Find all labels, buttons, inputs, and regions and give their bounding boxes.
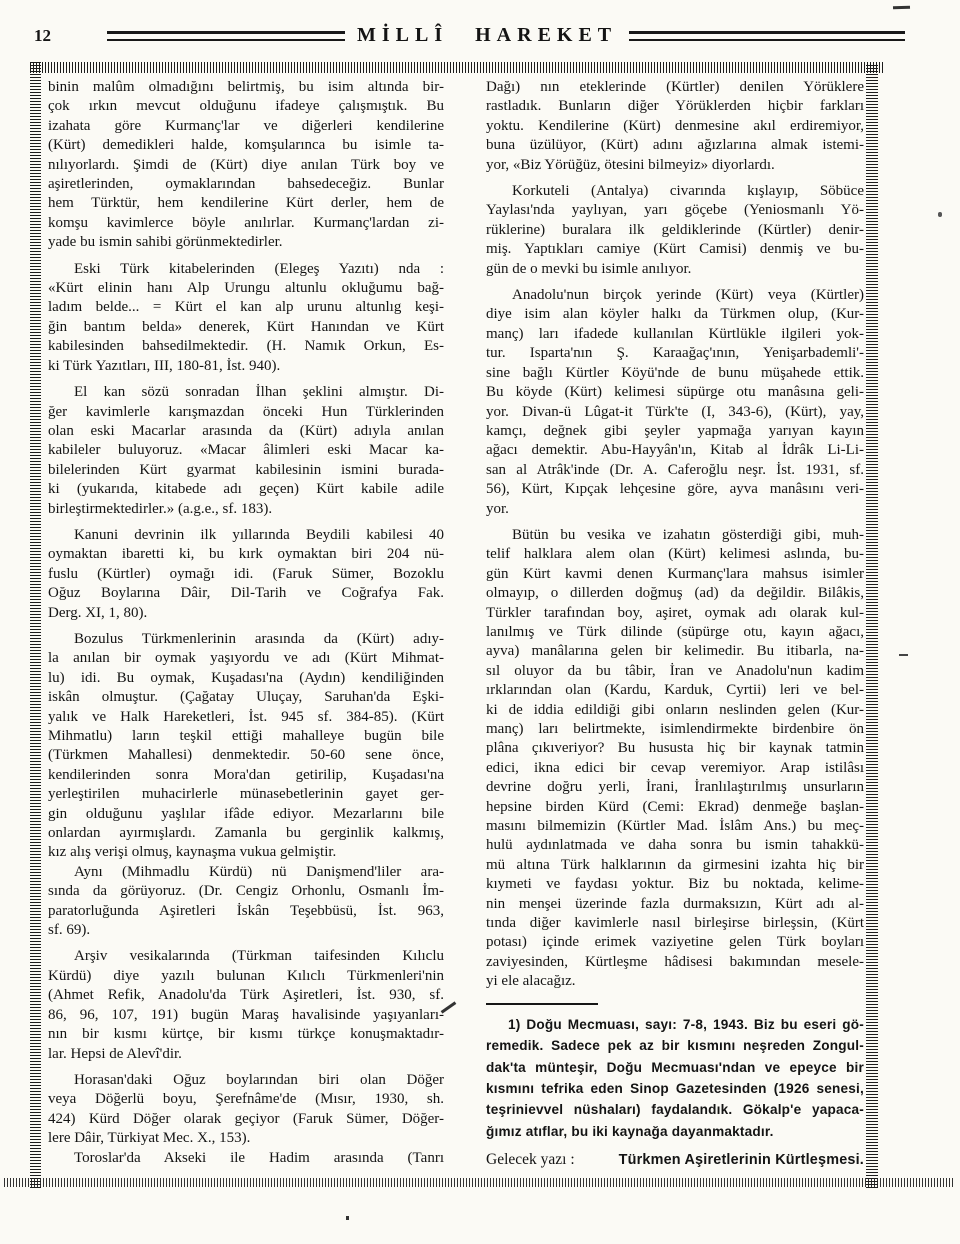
text-line: mü altına Türk halklarının da girmesini … [486, 856, 864, 875]
text-line: gün de o mevki bu isimle anılıyor. [486, 260, 864, 279]
text-line: Derg. XI, 1, 80). [48, 604, 444, 623]
text-line: miş. Yaptıkları camiye (Kürt Camisi) den… [486, 240, 864, 259]
paragraph: Kanuni devrinin ilk yıllarında Beydili k… [48, 526, 444, 623]
text-line: kıymeti ve faydası yoktur. Biz bu noktad… [486, 875, 864, 894]
text-line: kabilesinden bahsedilmektedir. (H. Namık… [48, 337, 444, 356]
paragraph: Aynı (Mihmadlu Kürdü) nü Danişmend'liler… [48, 863, 444, 941]
text-line: buna üzülüyor, (Kürt) adını ağızlarına a… [486, 136, 864, 155]
text-line: yor, «Biz Yörüğüz, ötesini bilmeyiz» diy… [486, 156, 864, 175]
text-line: olmayıp, o dillerden doğmuş (ad) da deği… [486, 584, 864, 603]
text-line: Türkler tarafından boy, aşiret, oymak ad… [486, 604, 864, 623]
text-line: san al Atrâk'inde (Dr. A. Caferoğlu neşr… [486, 461, 864, 480]
paragraph: Eski Türk kitabelerinden (Elegeş Yazıtı)… [48, 260, 444, 376]
page-header: 12 MİLLÎ HAREKET [34, 24, 905, 47]
text-line: telif halklara alem olan (Kürt) kelimesi… [486, 545, 864, 564]
left-column: binin malûm olmadığını belirtmiş, bu isi… [48, 78, 444, 1168]
paragraph: El kan sözü sonradan İlhan şeklini almış… [48, 383, 444, 519]
text-line: masını bilmemizin (Kürtler Mad. İslâm An… [486, 817, 864, 836]
text-line: ğımız atıflar, bu iki kaynağa dayanmakta… [486, 1121, 864, 1142]
text-line: sine bağlı Kürtler Köyü'nde de bunu müşa… [486, 364, 864, 383]
text-line: sf. 69). [48, 921, 444, 940]
page-number: 12 [34, 26, 51, 46]
text-line: manç) ları belirtmekte, isimlendirmekte … [486, 720, 864, 739]
paragraph: binin malûm olmadığını belirtmiş, bu isi… [48, 78, 444, 253]
masthead-title: MİLLÎ HAREKET [357, 24, 617, 47]
paragraph: Korkuteli (Antalya) civarında kışlayıp, … [486, 182, 864, 279]
text-line: plâna çıkıveriyor? Bu hususta hiç bir ka… [486, 739, 864, 758]
text-line: «Kürt elinin hanı Alp Urungu altunlu okl… [48, 279, 444, 298]
text-line: (Kürt) demedikleri halde, komşularınca b… [48, 136, 444, 155]
text-line: komşu kavimlerce böyle anılırlar. Kurman… [48, 214, 444, 233]
text-line: Kürdü) diye yazılı bulunan Kılıclı Türkm… [48, 967, 444, 986]
paragraph: Arşiv vesikalarında (Türkman taifesinden… [48, 947, 444, 1063]
footnote: 1) Doğu Mecmuası, sayı: 7-8, 1943. Biz b… [486, 1014, 864, 1142]
text-line: Kanuni devrinin ilk yıllarında Beydili k… [48, 526, 444, 545]
text-line: ğin bantım belda» denerek, Kürt Hanından… [48, 318, 444, 337]
text-line: lu) idi. Bu oymak, Kuşadası'na (Aydın) k… [48, 669, 444, 688]
text-line: sında da görüyoruz. (Dr. Cengiz Orhonlu,… [48, 882, 444, 901]
text-line: El kan sözü sonradan İlhan şeklini almış… [48, 383, 444, 402]
text-line: potası) içinde erimek vaziyetine gelen T… [486, 933, 864, 952]
text-line: oymaktan ibaretti ki, bu kırk oymaktan b… [48, 545, 444, 564]
text-line: yoktu. Kendilerine (Kürt) denmesine akıl… [486, 117, 864, 136]
text-line: tında diğer kavimlerle nasıl birleşirse … [486, 914, 864, 933]
text-line: yi ele alacağız. [486, 972, 864, 991]
text-line: ladım belde... = Kürt el kan alp urunu a… [48, 298, 444, 317]
text-line: gin olduğunu yaşlılar ifâde ediyor. Meza… [48, 805, 444, 824]
text-line: kamçı, değnek gibi şeyler yapmağa yarıya… [486, 422, 864, 441]
text-line: Horasan'daki Oğuz boylarından biri olan … [48, 1071, 444, 1090]
text-line: Bütün bu vesika ve izahatın gösterdiği g… [486, 526, 864, 545]
text-line: remedik. Sadece pek az bir kısmını neşre… [486, 1035, 864, 1056]
text-line: la anılan bir oymak yaşıyordu ve adı (Kü… [48, 649, 444, 668]
text-line: kısmını tefrika eden Sinop Gazetesinden … [486, 1078, 864, 1099]
text-line: rastladık. Bunların diğer Yörüklerden hi… [486, 97, 864, 116]
right-column-text: Dağı) nın eteklerinde (Kürtler) denilen … [486, 78, 864, 992]
paragraph: Dağı) nın eteklerinde (Kürtler) denilen … [486, 78, 864, 175]
text-line: olan eski Macarlar arasında da (Kürt) ad… [48, 422, 444, 441]
scan-mark [346, 1216, 349, 1220]
header-rule-right [629, 31, 905, 41]
text-line: veya Döğerlü boyu, Şerefnâme'de (Mısır, … [48, 1090, 444, 1109]
text-line: lere Dâir, Türkiyat Mec. X., 153). [48, 1129, 444, 1148]
text-line: onlardan ayırmışlardı. Zamanla bu gergin… [48, 824, 444, 843]
text-line: birleştirmektedirler.» (a.g.e., sf. 183)… [48, 500, 444, 519]
text-line: kız alış verişi olmuş, kaynaşma vukua ge… [48, 843, 444, 862]
text-line: izahata göre Kurmanç'lar ve diğerleri ke… [48, 117, 444, 136]
text-line: diye isim alan köyler halkı da Türkmen o… [486, 305, 864, 324]
text-line: 56), Kürt, Kıpçak lehçesine göre, ayva m… [486, 480, 864, 499]
text-line: ki (yukarıda, kitabede adı geçen) Kürt k… [48, 480, 444, 499]
text-line: ırklarından olan (Kardu, Karduk, Cyrtii)… [486, 681, 864, 700]
text-line: (Ahmet Refik, Anadolu'da Türk Aşiretleri… [48, 986, 444, 1005]
frame-border-left [30, 62, 41, 1188]
text-line: yor. [486, 500, 864, 519]
text-line: hepsine birden Kürd (Cemi: Ekrad) denmeğ… [486, 798, 864, 817]
text-line: manç) ları ifadede kullanılan Kürtlükle … [486, 325, 864, 344]
text-line: Korkuteli (Antalya) civarında kışlayıp, … [486, 182, 864, 201]
text-line: lar. Hepsi de Alevî'dir. [48, 1045, 444, 1064]
frame-border-top [30, 62, 884, 73]
text-line: Toroslar'da Akseki ile Hadim arasında (T… [48, 1149, 444, 1168]
text-line: ki Türk Yazıtları, III, 180-81, İst. 940… [48, 357, 444, 376]
text-line: devrine doğru yerli, İrani, İranlılaştır… [486, 778, 864, 797]
paragraph: Bozulus Türkmenlerinin arasında da (Kürt… [48, 630, 444, 863]
text-line: 86, 96, 107, 191) bugün Maraş havalisind… [48, 1006, 444, 1025]
text-line: Anadolu'nun birçok yerinde (Kürt) veya (… [486, 286, 864, 305]
text-line: teşrinievvel nüshaları) faydalandık. Gök… [486, 1099, 864, 1120]
text-line: ğer kavimlerle karışmazdan önceki Hun Tü… [48, 403, 444, 422]
right-column: Dağı) nın eteklerinde (Kürtler) denilen … [486, 78, 864, 1169]
text-line: zaviyesinden, Kürtleşme hâdisesi bakımın… [486, 953, 864, 972]
frame-border-bottom [4, 1178, 954, 1187]
text-line: yerleştirilen muhacirlerle münasebetleri… [48, 785, 444, 804]
next-article-line: Gelecek yazı : Türkmen Aşiretlerinin Kür… [486, 1151, 864, 1169]
text-line: hem Türktür, hem kendilerine Kürt derler… [48, 194, 444, 213]
text-line: aşiretlerinden, oymaklarından bahsedeceğ… [48, 175, 444, 194]
text-line: Bozulus Türkmenlerinin arasında da (Kürt… [48, 630, 444, 649]
text-line: sıl oluyor da bu tâbir, İran ve Anadolu'… [486, 662, 864, 681]
next-article-label: Gelecek yazı : [486, 1151, 575, 1169]
text-line: binin malûm olmadığını belirtmiş, bu isi… [48, 78, 444, 97]
next-article-title: Türkmen Aşiretlerinin Kürtleşmesi. [619, 1152, 864, 1168]
text-line: rüklerine) buralara ilk geldiklerinde (K… [486, 221, 864, 240]
scan-mark [938, 212, 942, 217]
text-line: Dağı) nın eteklerinde (Kürtler) denilen … [486, 78, 864, 97]
paragraph: Horasan'daki Oğuz boylarından biri olan … [48, 1071, 444, 1149]
text-line: lanılmış ve Türk dilinde (süpürge otu, k… [486, 623, 864, 642]
text-line: fuslu (Kürtler) oymağı idi. (Faruk Sümer… [48, 565, 444, 584]
text-line: ki de iddia edildiği gibi onların neslin… [486, 701, 864, 720]
text-line: Bu köyde (Kürt) kelimesi süpürge otu man… [486, 383, 864, 402]
text-line: 1) Doğu Mecmuası, sayı: 7-8, 1943. Biz b… [486, 1014, 864, 1035]
text-line: yalık ve Halk Hareketleri, İst. 945 sf. … [48, 708, 444, 727]
text-line: yade bu ismin sahibi görünmektedirler. [48, 233, 444, 252]
paragraph: Toroslar'da Akseki ile Hadim arasında (T… [48, 1149, 444, 1168]
text-line: çok ırkın mevcut olduğunu ifadeye çalışm… [48, 97, 444, 116]
text-line: tur. Isparta'nın Ş. Karaağaç'ının, Yeniş… [486, 344, 864, 363]
footnote-separator [486, 1003, 598, 1005]
text-line: iskân olmuştur. (Çağatay Uluçay, Saruhan… [48, 688, 444, 707]
text-line: nın bir kısmı kürtçe, bir kısmı türkçe k… [48, 1025, 444, 1044]
paragraph: Bütün bu vesika ve izahatın gösterdiği g… [486, 526, 864, 992]
text-line: Oğuz Boylarına Dâir, Dil-Tarih ve Coğraf… [48, 584, 444, 603]
paragraph: 1) Doğu Mecmuası, sayı: 7-8, 1943. Biz b… [486, 1014, 864, 1142]
text-line: nılıyorlardı. Şimdi de (Kürt) diye anıla… [48, 156, 444, 175]
text-line: 424) Kürd Döğer olarak geçiyor (Faruk Sü… [48, 1110, 444, 1129]
text-line: (Türkmen Mahallesi) denmektedir. 50-60 s… [48, 746, 444, 765]
text-line: Aynı (Mihmadlu Kürdü) nü Danişmend'liler… [48, 863, 444, 882]
text-line: paratorluğunda Aşiretleri İskân Teşebbüs… [48, 902, 444, 921]
text-line: gün Kürt kavmi denen Kurmanç'lara mahsus… [486, 565, 864, 584]
text-line: nin menşei üzerinde fazla durmaksızın, K… [486, 895, 864, 914]
text-line: edici, ikna edici bir cevap veremiyor. A… [486, 759, 864, 778]
header-rule-left [107, 31, 345, 41]
scan-mark [899, 654, 908, 656]
text-line: Yaylası'nda yaylıyan, yarı göçebe (Yenio… [486, 201, 864, 220]
text-line: bilelerinden Kürt gyarmat kabilesinin is… [48, 461, 444, 480]
text-line: Arşiv vesikalarında (Türkman taifesinden… [48, 947, 444, 966]
paragraph: Anadolu'nun birçok yerinde (Kürt) veya (… [486, 286, 864, 519]
text-line: kendilerinden sonra Mora'dan getirilip, … [48, 766, 444, 785]
text-line: Mihmatlu) ların teşkil ettiği mahalleye … [48, 727, 444, 746]
text-line: hulü aydınlatmada ve daha sonra bu ismin… [486, 836, 864, 855]
text-line: Eski Türk kitabelerinden (Elegeş Yazıtı)… [48, 260, 444, 279]
frame-border-right [866, 64, 878, 1188]
text-line: ağacı demektir. Abu-Hayyân'ın, Kitab al … [486, 441, 864, 460]
text-line: kabileler buluyoruz. «Macar âlimleri esk… [48, 441, 444, 460]
text-line: yor. Divan-ü Lûgat-it Türk'te (I, 343-6)… [486, 403, 864, 422]
scan-mark [893, 6, 910, 10]
text-line: ayva) manâlarına gelen bir kelimedir. Bu… [486, 642, 864, 661]
text-line: dak'ta münteşir, Doğu Mecmuası'ndan ve e… [486, 1057, 864, 1078]
